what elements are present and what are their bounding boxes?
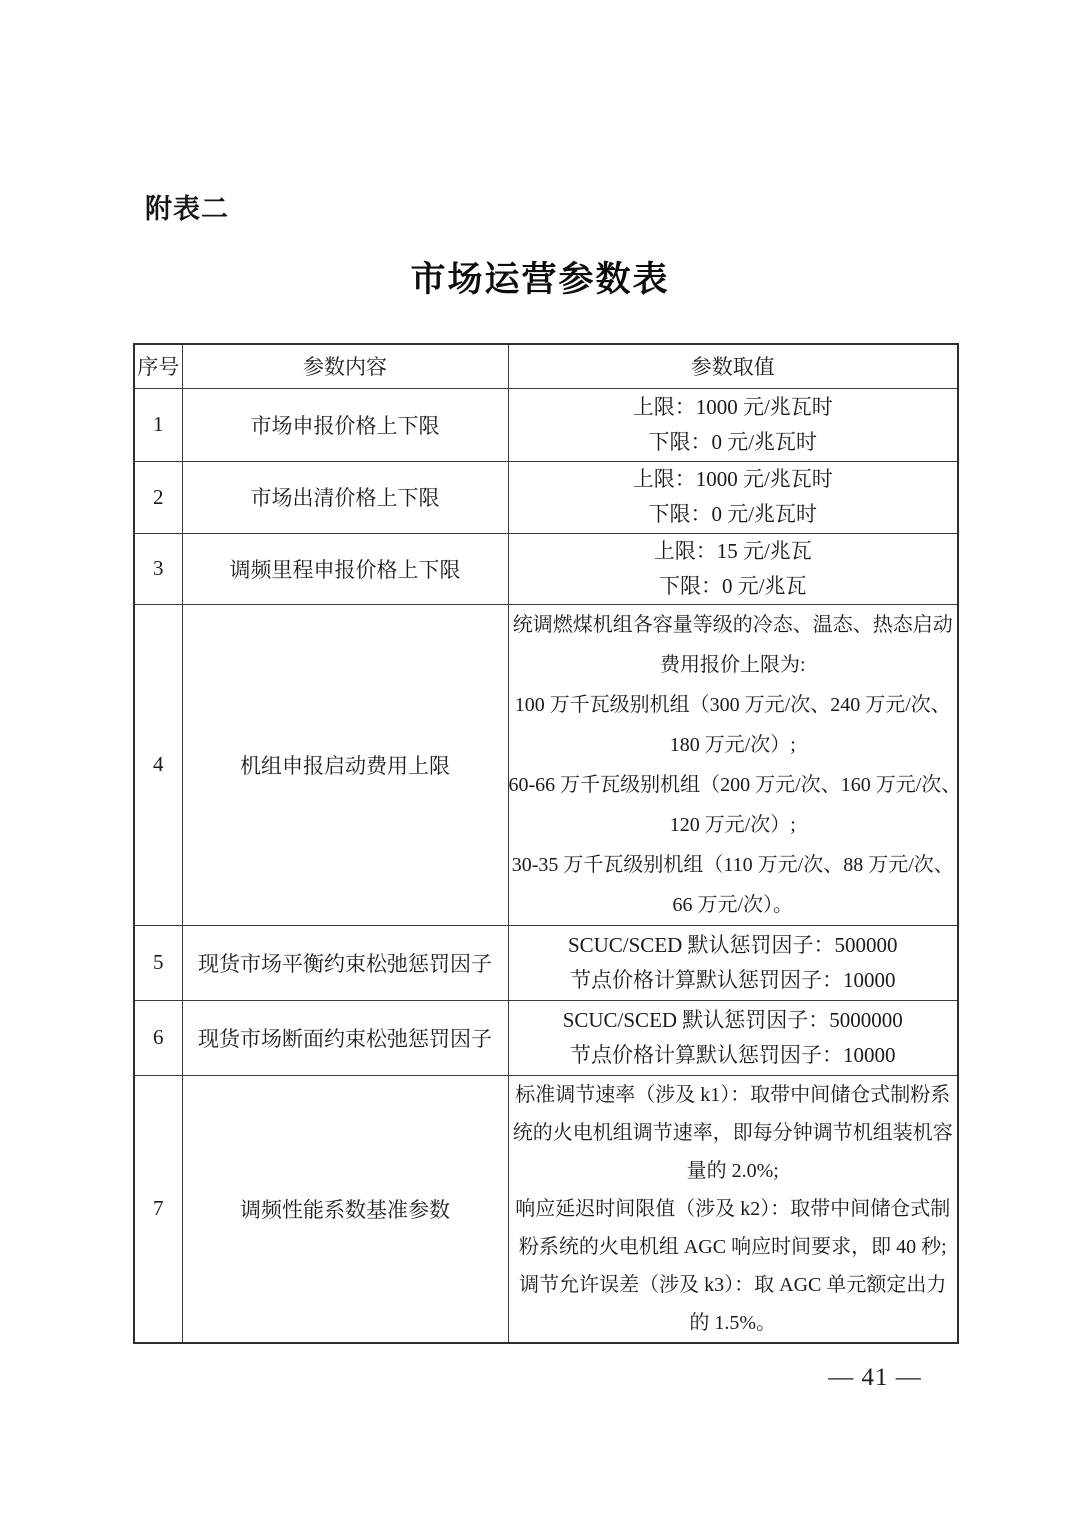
value-line: 量的 2.0%;	[509, 1152, 958, 1190]
param-value-cell: 上限：15 元/兆瓦下限：0 元/兆瓦	[508, 533, 958, 604]
value-line: 的 1.5%。	[509, 1304, 958, 1342]
table-row: 4 机组申报启动费用上限 统调燃煤机组各容量等级的冷态、温态、热态启动费用报价上…	[134, 604, 958, 925]
table-row: 5 现货市场平衡约束松弛惩罚因子 SCUC/SCED 默认惩罚因子：500000…	[134, 925, 958, 1000]
value-line: 费用报价上限为:	[509, 645, 958, 685]
param-value-cell: 标准调节速率（涉及 k1）：取带中间储仓式制粉系统的火电机组调节速率，即每分钟调…	[508, 1075, 958, 1343]
page-number: — 41 —	[820, 1362, 930, 1394]
value-line: 调节允许误差（涉及 k3）：取 AGC 单元额定出力	[509, 1266, 958, 1304]
row-number-cell: 1	[134, 388, 182, 461]
table-body: 1 市场申报价格上下限 上限：1000 元/兆瓦时下限：0 元/兆瓦时 2 市场…	[134, 388, 958, 1343]
table-row: 6 现货市场断面约束松弛惩罚因子 SCUC/SCED 默认惩罚因子：500000…	[134, 1000, 958, 1075]
param-name-cell: 市场申报价格上下限	[182, 388, 508, 461]
row-number-cell: 3	[134, 533, 182, 604]
param-name-cell: 调频里程申报价格上下限	[182, 533, 508, 604]
value-line: SCUC/SCED 默认惩罚因子：5000000	[509, 1003, 958, 1038]
value-line: 节点价格计算默认惩罚因子：10000	[509, 1038, 958, 1073]
value-line: SCUC/SCED 默认惩罚因子：500000	[509, 928, 958, 963]
value-line: 180 万元/次）;	[509, 725, 958, 765]
row-number-cell: 6	[134, 1000, 182, 1075]
param-name-cell: 现货市场平衡约束松弛惩罚因子	[182, 925, 508, 1000]
param-value-cell: SCUC/SCED 默认惩罚因子：500000节点价格计算默认惩罚因子：1000…	[508, 925, 958, 1000]
value-line: 66 万元/次）。	[509, 885, 958, 925]
param-name-cell: 机组申报启动费用上限	[182, 604, 508, 925]
param-value-cell: 上限：1000 元/兆瓦时下限：0 元/兆瓦时	[508, 461, 958, 533]
value-line: 上限：1000 元/兆瓦时	[509, 390, 958, 425]
value-line: 100 万千瓦级别机组（300 万元/次、240 万元/次、	[509, 685, 958, 725]
value-line: 30-35 万千瓦级别机组（110 万元/次、88 万元/次、	[509, 845, 958, 885]
param-name-cell: 市场出清价格上下限	[182, 461, 508, 533]
appendix-label: 附表二	[145, 192, 229, 226]
row-number-cell: 2	[134, 461, 182, 533]
row-number-cell: 4	[134, 604, 182, 925]
value-line: 60-66 万千瓦级别机组（200 万元/次、160 万元/次、	[509, 765, 958, 805]
value-line: 上限：15 元/兆瓦	[509, 534, 958, 569]
value-line: 响应延迟时间限值（涉及 k2）：取带中间储仓式制	[509, 1190, 958, 1228]
value-line: 节点价格计算默认惩罚因子：10000	[509, 963, 958, 998]
row-number-cell: 7	[134, 1075, 182, 1343]
param-value-cell: 统调燃煤机组各容量等级的冷态、温态、热态启动费用报价上限为:100 万千瓦级别机…	[508, 604, 958, 925]
value-line: 上限：1000 元/兆瓦时	[509, 462, 958, 497]
parameters-table: 序号 参数内容 参数取值 1 市场申报价格上下限 上限：1000 元/兆瓦时下限…	[133, 343, 959, 1344]
table-row: 3 调频里程申报价格上下限 上限：15 元/兆瓦下限：0 元/兆瓦	[134, 533, 958, 604]
header-cell-parameter-content: 参数内容	[182, 344, 508, 388]
param-value-cell: SCUC/SCED 默认惩罚因子：5000000节点价格计算默认惩罚因子：100…	[508, 1000, 958, 1075]
value-line: 下限：0 元/兆瓦	[509, 569, 958, 604]
value-line: 粉系统的火电机组 AGC 响应时间要求，即 40 秒;	[509, 1228, 958, 1266]
value-line: 统调燃煤机组各容量等级的冷态、温态、热态启动	[509, 605, 958, 645]
value-line: 下限：0 元/兆瓦时	[509, 497, 958, 532]
table-row: 2 市场出清价格上下限 上限：1000 元/兆瓦时下限：0 元/兆瓦时	[134, 461, 958, 533]
page-title: 市场运营参数表	[0, 258, 1080, 302]
param-name-cell: 现货市场断面约束松弛惩罚因子	[182, 1000, 508, 1075]
row-number-cell: 5	[134, 925, 182, 1000]
header-cell-serial: 序号	[134, 344, 182, 388]
param-name-cell: 调频性能系数基准参数	[182, 1075, 508, 1343]
param-value-cell: 上限：1000 元/兆瓦时下限：0 元/兆瓦时	[508, 388, 958, 461]
table-row: 1 市场申报价格上下限 上限：1000 元/兆瓦时下限：0 元/兆瓦时	[134, 388, 958, 461]
value-line: 统的火电机组调节速率，即每分钟调节机组装机容	[509, 1114, 958, 1152]
header-cell-parameter-value: 参数取值	[508, 344, 958, 388]
value-line: 120 万元/次）;	[509, 805, 958, 845]
table-row: 7 调频性能系数基准参数 标准调节速率（涉及 k1）：取带中间储仓式制粉系统的火…	[134, 1075, 958, 1343]
document-page: 附表二 市场运营参数表 序号 参数内容 参数取值 1 市场申报价格上下限 上限：…	[0, 0, 1080, 1527]
value-line: 下限：0 元/兆瓦时	[509, 425, 958, 460]
table-header-row: 序号 参数内容 参数取值	[134, 344, 958, 388]
value-line: 标准调节速率（涉及 k1）：取带中间储仓式制粉系	[509, 1076, 958, 1114]
